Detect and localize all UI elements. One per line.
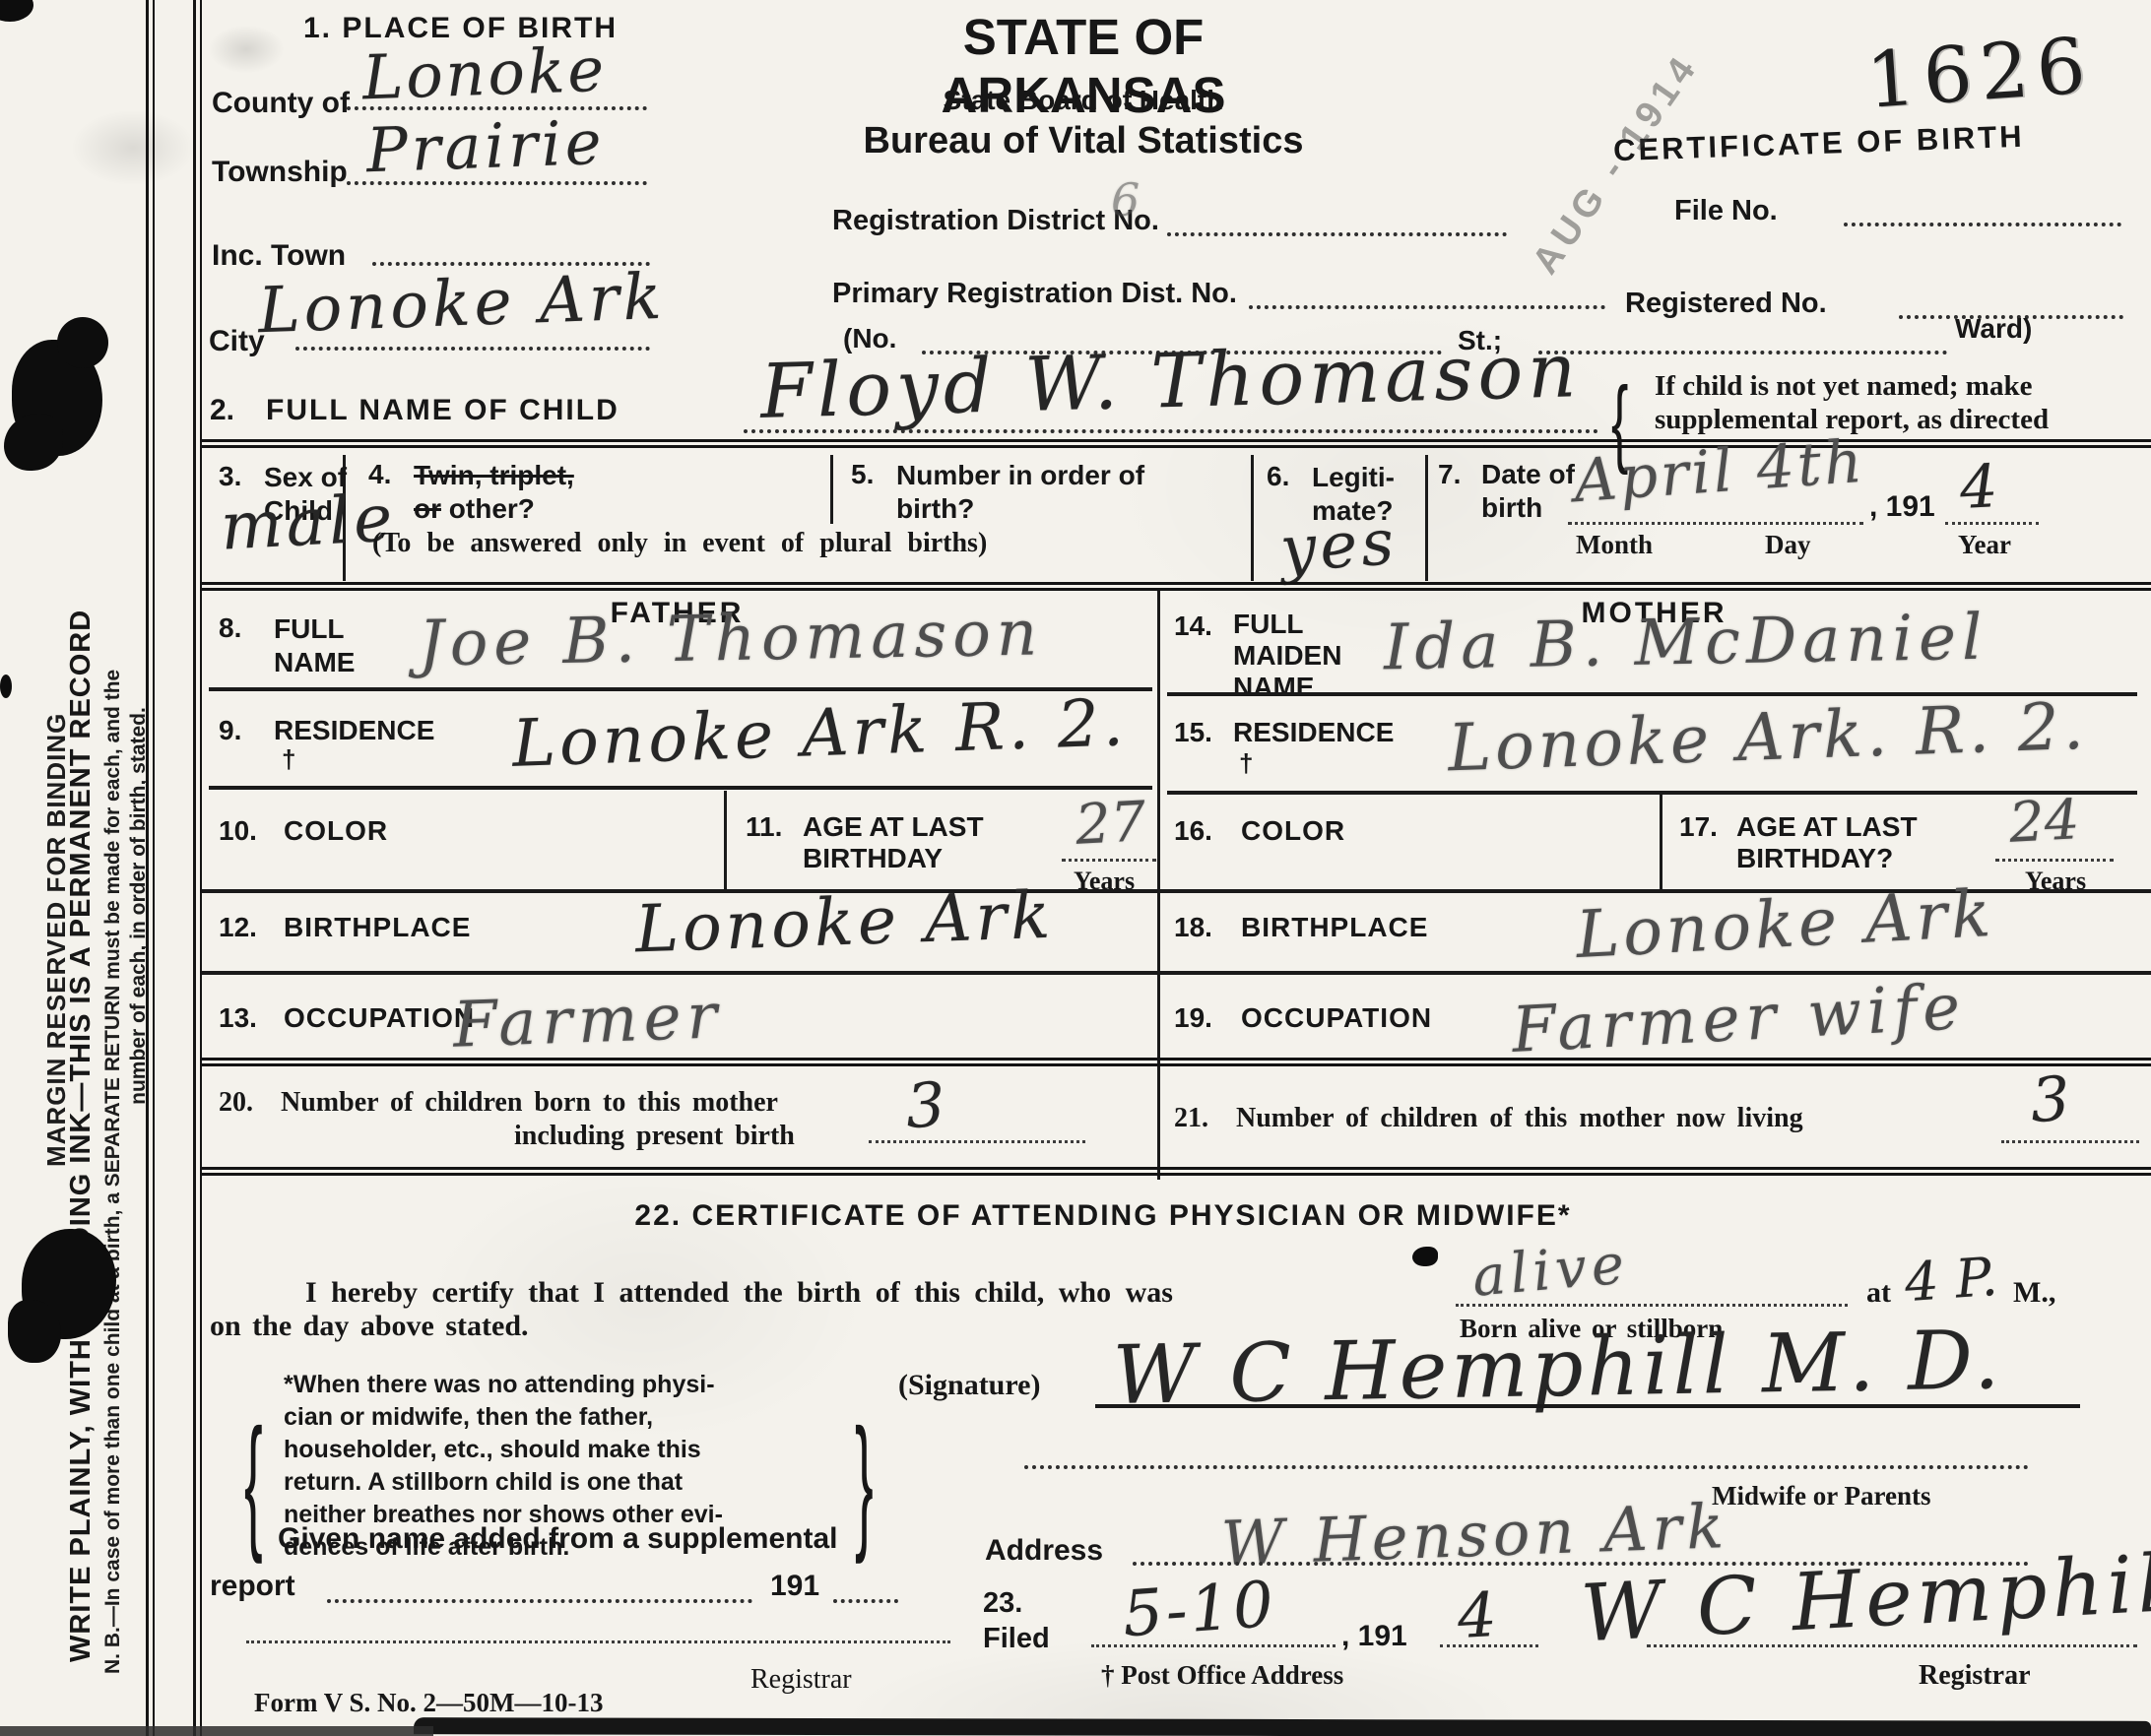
mother-name-label: FULL MAIDEN NAME — [1233, 609, 1381, 703]
midwife-line — [1024, 1465, 2029, 1469]
father-residence-dagger: † — [282, 744, 295, 775]
registered-no-label: Registered No. — [1625, 288, 1827, 320]
filed-191-label: , 191 — [1341, 1620, 1407, 1653]
certificate-of-birth-title: CERTIFICATE OF BIRTH — [1612, 119, 2025, 169]
filed-date-value: 5-10 — [1121, 1569, 1279, 1652]
township-value: Prairie — [365, 106, 607, 186]
file-no-label: File No. — [1674, 195, 1778, 227]
plural-births-note: (To be answered only in event of plural … — [372, 528, 987, 559]
margin-permanent-record-text: WRITE PLAINLY, WITH UNFADING INK—THIS IS… — [65, 37, 98, 1662]
children-born-line — [869, 1140, 1085, 1143]
year-value: 4 — [1958, 452, 1999, 523]
midwife-caption: Midwife or Parents — [1712, 1481, 1930, 1511]
registration-district-line — [1167, 232, 1507, 236]
rule-under-row3-7 — [202, 582, 2151, 591]
father-birthplace-label: BIRTHPLACE — [284, 912, 471, 943]
born-alive-line — [1456, 1304, 1848, 1307]
filed-number: 23. — [983, 1587, 1022, 1620]
report-191-label: 191 — [770, 1570, 819, 1603]
legitimate-number: 6. — [1267, 461, 1289, 492]
legitimate-label-line1: Legiti- — [1312, 461, 1395, 494]
board-subtitle: State Board of Health — [822, 85, 1344, 116]
filed-year-value: 4 — [1456, 1578, 1498, 1652]
order-number: 5. — [851, 459, 874, 490]
divider-5-6 — [1251, 455, 1254, 581]
children-living-value: 3 — [2029, 1062, 2071, 1136]
township-label: Township — [212, 156, 348, 189]
father-name-number: 8. — [219, 612, 241, 644]
mother-age-value: 24 — [2007, 788, 2081, 856]
rule-margin-vertical — [146, 0, 155, 1736]
ink-blot-top-c — [4, 414, 63, 471]
footnote-brace-left: { — [244, 1394, 263, 1568]
child-note-line1: If child is not yet named; make — [1655, 370, 2032, 403]
twin-label-struck: Twin, triplet, — [414, 460, 574, 490]
father-age-number: 11. — [746, 811, 782, 843]
county-value: Lonoke — [361, 33, 608, 114]
father-birthplace-value: Lonoke Ark — [634, 877, 1055, 968]
report-year-line — [833, 1599, 898, 1603]
children-living-line — [2001, 1140, 2139, 1143]
father-color-label: COLOR — [284, 815, 388, 847]
divider-4-5 — [830, 455, 833, 524]
year-printed: , 191 — [1869, 490, 1935, 524]
file-no-line — [1844, 223, 2121, 226]
filed-date-line — [1091, 1644, 1336, 1647]
father-occupation-number: 13. — [219, 1002, 257, 1034]
mother-age-number: 17. — [1679, 811, 1718, 843]
margin-nb-line1: N. B.—In case of more than one child at … — [100, 138, 126, 1674]
year-line — [1945, 522, 2039, 525]
date-of-birth-label2: birth — [1481, 492, 1542, 524]
twin-other-label: other? — [449, 493, 535, 524]
divider-father-mother — [1157, 591, 1160, 1180]
registrar-left-caption: Registrar — [750, 1664, 852, 1696]
certify-statement-line2: on the day above stated. — [210, 1310, 529, 1343]
children-born-label2: including present birth — [514, 1121, 795, 1152]
ink-speck-alive — [1412, 1247, 1438, 1266]
date-of-birth-label1: Date of — [1481, 459, 1575, 490]
city-label: City — [209, 325, 265, 358]
township-line — [347, 181, 647, 185]
mother-residence-label: RESIDENCE — [1233, 717, 1394, 748]
mother-occupation-number: 19. — [1174, 1002, 1212, 1034]
mother-birthplace-label: BIRTHPLACE — [1241, 912, 1428, 943]
registration-district-value: 6 — [1111, 173, 1140, 226]
mother-residence-number: 15. — [1174, 717, 1212, 748]
year-caption: Year — [1958, 530, 2011, 560]
child-name-number: 2. — [210, 394, 234, 427]
physician-section-title: 22. CERTIFICATE OF ATTENDING PHYSICIAN O… — [364, 1199, 1842, 1233]
meridiem-label: M., — [2013, 1276, 2055, 1310]
day-caption: Day — [1765, 530, 1811, 560]
mother-color-number: 16. — [1174, 815, 1212, 847]
primary-registration-label: Primary Registration Dist. No. — [832, 278, 1237, 310]
twin-label: Twin, triplet, or other? — [414, 459, 574, 526]
report-label: report — [210, 1570, 295, 1603]
child-name-label: FULL NAME OF CHILD — [266, 394, 619, 427]
father-name-label: FULL NAME — [274, 612, 402, 679]
date-of-birth-line — [1568, 522, 1863, 525]
rule-under-birthplace — [202, 971, 2151, 975]
registrar-right-caption: Registrar — [1919, 1660, 2031, 1692]
order-label: Number in order of birth? — [896, 459, 1182, 526]
father-residence-value: Lonoke Ark R. 2. — [511, 684, 1129, 782]
footnote-line4: return. A stillborn child is one that — [284, 1466, 847, 1499]
certify-statement-line1: I hereby certify that I attended the bir… — [305, 1276, 1173, 1310]
post-office-caption: † Post Office Address — [1101, 1660, 1343, 1691]
city-line — [295, 347, 650, 351]
sex-value: male — [219, 480, 398, 564]
filed-year-line — [1440, 1644, 1538, 1647]
twin-number: 4. — [368, 459, 391, 490]
mother-residence-line — [1167, 791, 2137, 795]
father-age-label: AGE AT LAST BIRTHDAY — [803, 811, 1064, 874]
divider-6-7 — [1425, 455, 1428, 581]
father-name-value: Joe B. Thomason — [418, 597, 1043, 680]
margin-nb-note: N. B.—In case of more than one child at … — [100, 138, 152, 1674]
time-value: 4 P. — [1903, 1246, 1999, 1314]
month-caption: Month — [1576, 530, 1653, 560]
county-label: County of — [212, 87, 350, 120]
footnote-line3: householder, etc., should make this — [284, 1434, 847, 1466]
mother-name-number: 14. — [1174, 611, 1212, 642]
street-line — [1538, 351, 1947, 354]
rule-under-occupation — [202, 1058, 2151, 1066]
footnote-line1: *When there was no attending physi- — [284, 1369, 847, 1401]
mother-name-value: Ida B. McDaniel — [1383, 602, 1988, 685]
ink-speck — [0, 675, 12, 698]
registrar-left-line — [246, 1640, 950, 1643]
divider-color-age-mother — [1660, 791, 1662, 891]
date-of-birth-number: 7. — [1438, 459, 1461, 490]
mother-birthplace-number: 18. — [1174, 912, 1212, 943]
mother-color-label: COLOR — [1241, 815, 1345, 847]
mother-age-line — [1995, 859, 2114, 862]
registrar-right-line — [1647, 1644, 2137, 1647]
at-label: at — [1866, 1276, 1891, 1310]
footnote-brace-right: } — [855, 1394, 874, 1568]
children-living-label: Number of children of this mother now li… — [1236, 1103, 1803, 1134]
father-residence-label: RESIDENCE — [274, 715, 434, 746]
signature-line — [1095, 1404, 2080, 1408]
twin-or-struck: or — [414, 493, 441, 524]
children-living-number: 21. — [1174, 1103, 1208, 1134]
birth-certificate-scan: MARGIN RESERVED FOR BINDING WRITE PLAINL… — [0, 0, 2151, 1736]
primary-registration-line — [1249, 305, 1605, 309]
ink-blot-top-b — [57, 317, 108, 368]
filed-label: Filed — [983, 1623, 1050, 1655]
certificate-number-stamp: 1626 — [1863, 22, 2096, 126]
born-alive-value: alive — [1469, 1232, 1631, 1310]
mother-residence-value: Lonoke Ark. R. 2. — [1447, 688, 2089, 787]
father-residence-number: 9. — [219, 715, 241, 746]
children-born-label1: Number of children born to this mother — [281, 1087, 778, 1119]
father-occupation-value: Farmer — [452, 980, 724, 1062]
father-occupation-label: OCCUPATION — [284, 1002, 475, 1034]
divider-color-age-father — [724, 791, 727, 891]
bureau-subtitle: Bureau of Vital Statistics — [822, 120, 1344, 162]
legitimate-value: yes — [1278, 506, 1401, 587]
inc-town-label: Inc. Town — [212, 239, 346, 273]
father-residence-line — [209, 786, 1152, 790]
children-born-number: 20. — [219, 1087, 253, 1119]
supplemental-name-label: Given name added from a supplemental — [278, 1522, 837, 1556]
father-age-value: 27 — [1074, 790, 1147, 858]
signature-label: (Signature) — [898, 1369, 1040, 1402]
form-number: Form V S. No. 2—50M—10-13 — [254, 1688, 603, 1718]
report-line — [327, 1599, 752, 1603]
child-name-line — [744, 429, 1598, 433]
scan-edge-bottom-left — [0, 1726, 433, 1736]
ink-blot-corner — [0, 0, 33, 22]
mother-occupation-label: OCCUPATION — [1241, 1002, 1432, 1034]
footnote-line2: cian or midwife, then the father, — [284, 1401, 847, 1434]
father-color-number: 10. — [219, 815, 257, 847]
father-age-line — [1062, 859, 1156, 862]
rule-under-children-row — [202, 1167, 2151, 1176]
father-birthplace-number: 12. — [219, 912, 257, 943]
city-value: Lonoke Ark — [257, 261, 667, 348]
children-born-value: 3 — [904, 1068, 946, 1142]
rule-form-left-vertical — [193, 0, 202, 1736]
mother-residence-dagger: † — [1239, 748, 1253, 779]
mother-occupation-value: Farmer wife — [1510, 971, 1967, 1067]
address-label: Address — [985, 1534, 1103, 1568]
ward-label: Ward) — [1955, 313, 2032, 345]
mother-age-label: AGE AT LAST BIRTHDAY? — [1736, 811, 2002, 874]
scan-edge-bottom — [414, 1717, 2151, 1736]
